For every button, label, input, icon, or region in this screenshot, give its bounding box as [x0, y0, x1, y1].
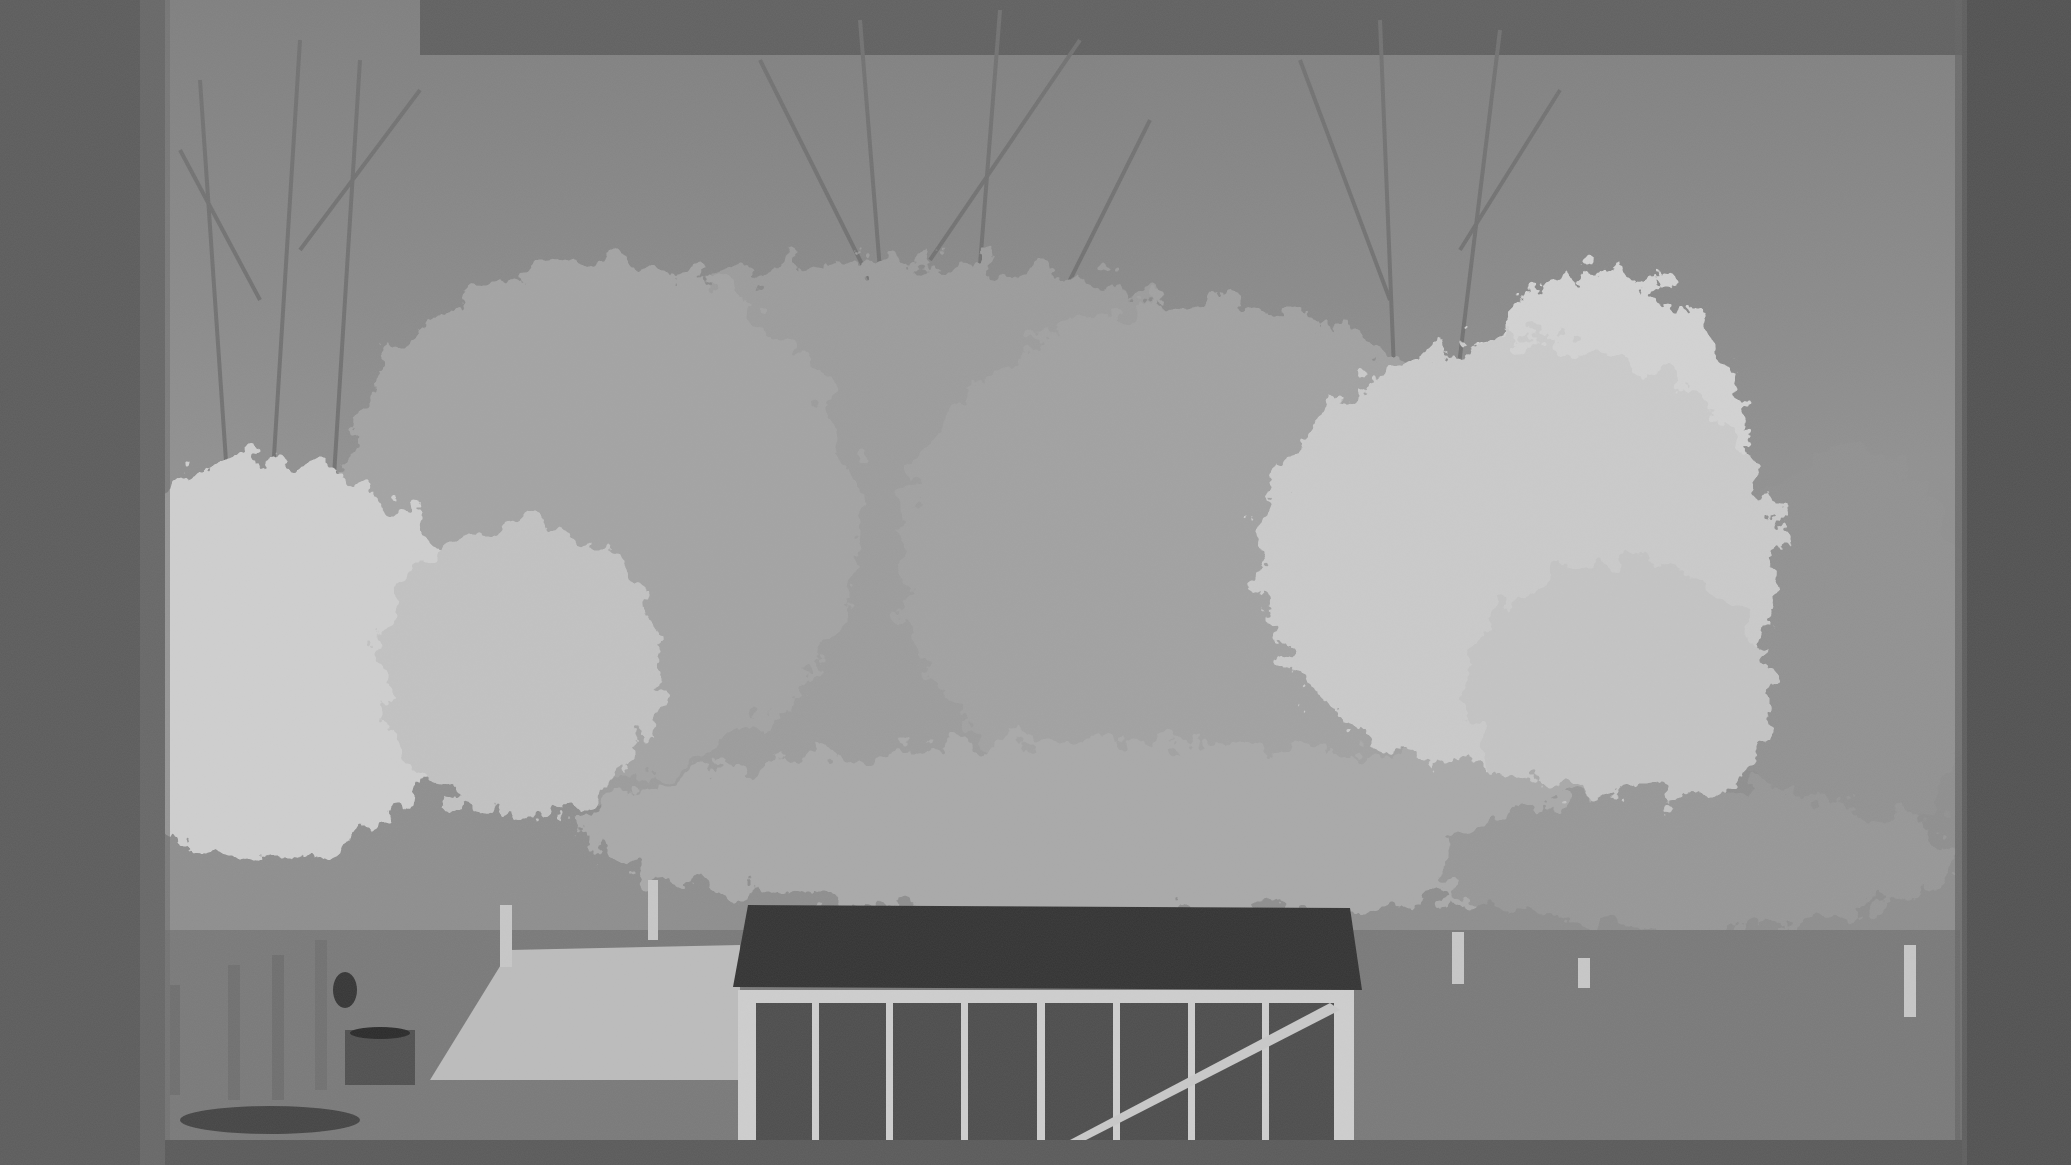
film-grain — [0, 0, 2071, 1165]
landscape-photo — [0, 0, 2071, 1165]
photo-scene — [0, 0, 2071, 1165]
